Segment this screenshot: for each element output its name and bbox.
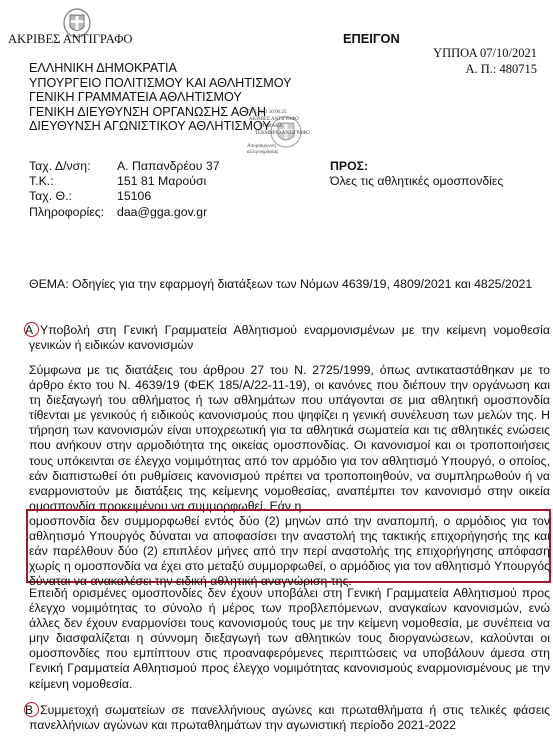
contact-email: daa@gga.gov.gr: [117, 205, 207, 220]
section-a-second-paragraph: Επειδή ορισμένες ομοσπονδίες δεν έχουν υ…: [29, 586, 550, 692]
address-value: 15106: [117, 189, 151, 204]
address-value: 151 81 Μαρούσι: [117, 174, 206, 189]
section-a-title: Υποβολή στη Γενική Γραμματεία Αθλητισμού…: [29, 323, 550, 352]
address-label: Τ.Κ.:: [29, 174, 117, 189]
address-row: Ταχ. Δ/νση: Α. Παπανδρέου 37: [29, 159, 220, 174]
section-b-heading: ΒΣυμμετοχή σωματείων σε πανελλήνιους αγώ…: [29, 702, 550, 733]
stamp-line: Απομάκρυνση: [247, 144, 276, 149]
section-a-highlighted-paragraph: ομοσπονδία δεν συμμορφωθεί εντός δύο (2)…: [29, 514, 550, 589]
stamp-line: ΤΕΚΜΗΡΙΟ ΑΝΤΙΓΡΑΦΟ: [255, 131, 310, 136]
org-line: ΓΕΝΙΚΗ ΓΡΑΜΜΑΤΕΙΑ ΑΘΛΗΤΙΣΜΟΥ: [29, 90, 292, 105]
protocol-date: ΥΠΠΟΑ 07/10/2021: [433, 46, 537, 61]
address-row: Ταχ. Θ.: 15106: [29, 189, 220, 204]
address-value: Α. Παπανδρέου 37: [117, 159, 220, 174]
stamp-line: αλληλογραφίας: [247, 150, 278, 155]
recipient-value: Όλες τις αθλητικές ομοσπονδίες: [330, 174, 503, 189]
section-b-title: Συμμετοχή σωματείων σε πανελλήνιους αγών…: [29, 703, 550, 732]
stamp-line: ΨΗΦΙΑΚΑ: [259, 124, 282, 129]
recipient-block: ΠΡΟΣ: Όλες τις αθλητικές ομοσπονδίες: [330, 159, 503, 189]
certified-copy-label: ΑΚΡΙΒΕΣ ΑΝΤΙΓΡΑΦΟ: [8, 32, 132, 47]
address-row: Πληροφορίες: daa@gga.gov.gr: [29, 205, 220, 220]
address-label: Ταχ. Θ.:: [29, 189, 117, 204]
sender-address: Ταχ. Δ/νση: Α. Παπανδρέου 37 Τ.Κ.: 151 8…: [29, 159, 220, 220]
digital-signature-stamp: 07.10.2021 10:06:25 ΑΚΡΙΒΕΣ ΑΝΤΙΓΡΑΦΟ ΨΗ…: [243, 110, 323, 156]
urgency-label: ΕΠΕΙΓΟΝ: [343, 31, 400, 46]
section-b-marker: Β: [24, 702, 39, 717]
section-a-paragraph: Σύμφωνα με τις διατάξεις του άρθρου 27 τ…: [29, 363, 550, 514]
stamp-line: ΑΚΡΙΒΕΣ ΑΝΤΙΓΡΑΦΟ: [249, 117, 299, 122]
address-label: Ταχ. Δ/νση:: [29, 159, 117, 174]
address-row: Τ.Κ.: 151 81 Μαρούσι: [29, 174, 220, 189]
stamp-timestamp: 07.10.2021 10:06:25: [245, 110, 287, 115]
protocol-number: Α. Π.: 480715: [465, 62, 537, 77]
org-line: ΥΠΟΥΡΓΕΙΟ ΠΟΛΙΤΙΣΜΟΥ ΚΑΙ ΑΘΛΗΤΙΣΜΟΥ: [29, 76, 292, 91]
org-line: ΕΛΛΗΝΙΚΗ ΔΗΜΟΚΡΑΤΙΑ: [29, 61, 292, 76]
recipient-title: ΠΡΟΣ:: [330, 159, 503, 174]
section-a-heading: ΑΥποβολή στη Γενική Γραμματεία Αθλητισμο…: [29, 322, 550, 353]
document-subject: ΘΕΜΑ: Οδηγίες για την εφαρμογή διατάξεων…: [29, 277, 532, 291]
address-label: Πληροφορίες:: [29, 205, 117, 220]
section-a-marker: Α: [24, 322, 39, 337]
